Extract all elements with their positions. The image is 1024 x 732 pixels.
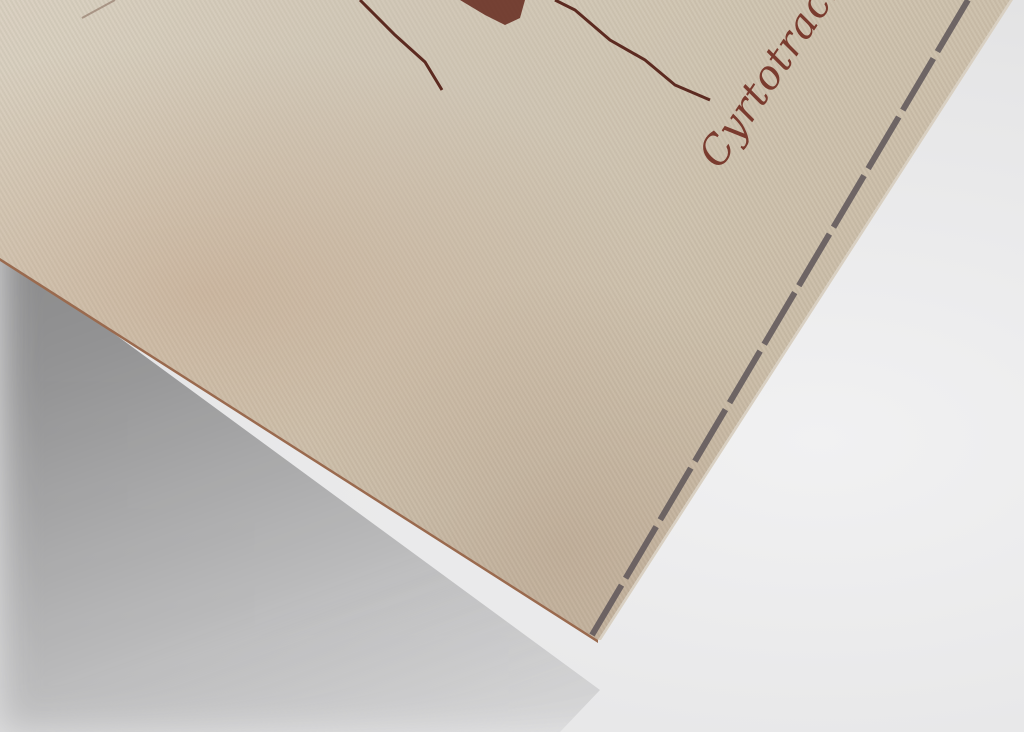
- insect-body-tip: [460, 0, 525, 25]
- insect-leg-left: [360, 0, 442, 90]
- faint-stroke: [82, 0, 115, 18]
- illustration-overlay: [0, 0, 1024, 732]
- insect-leg-right: [555, 0, 710, 100]
